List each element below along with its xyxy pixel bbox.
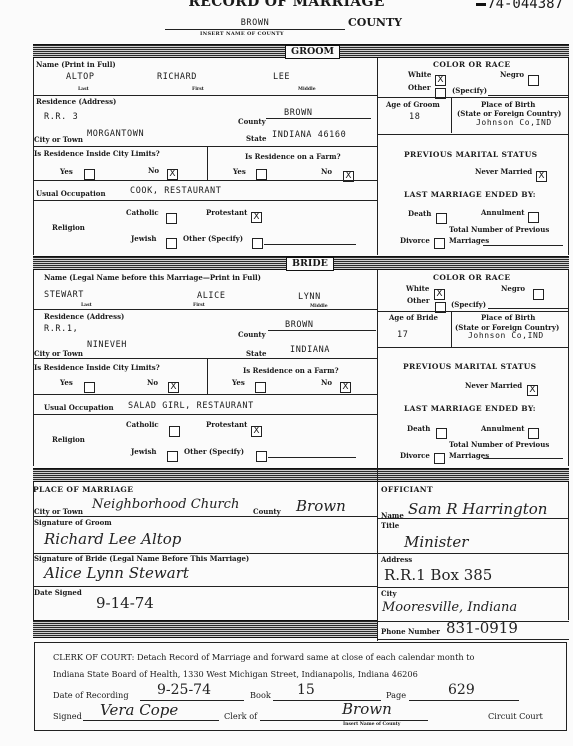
bottom-band	[33, 620, 377, 638]
bride-other-religion-line	[268, 457, 356, 458]
page-label: Page	[386, 690, 406, 700]
groom-farm-yes-label: Yes	[233, 167, 246, 176]
groom-death-checkbox[interactable]	[436, 213, 447, 224]
groom-farm-question: Is Residence on a Farm?	[245, 152, 341, 161]
book-label: Book	[250, 690, 271, 700]
dash-mark	[476, 3, 486, 6]
groom-signature: Richard Lee Altop	[44, 530, 181, 548]
groom-farm-no-label: No	[321, 167, 332, 176]
divider	[33, 309, 377, 310]
bride-farm-no-label: No	[321, 378, 332, 387]
groom-birth-place: Johnson Co,IND	[476, 118, 552, 127]
groom-occupation-label: Usual Occupation	[36, 189, 106, 198]
clerk-county-line	[260, 720, 428, 721]
groom-other-religion-checkbox[interactable]	[252, 238, 263, 249]
bride-other-religion-checkbox[interactable]	[256, 451, 267, 462]
bride-residence: R.R.1,	[44, 324, 78, 334]
officiant-phone: 831-0919	[446, 619, 518, 637]
bride-first-name: ALICE	[197, 291, 226, 301]
bride-city-label: City or Town	[34, 349, 83, 358]
bride-last-name: STEWART	[44, 290, 84, 300]
groom-county: BROWN	[266, 108, 371, 119]
header-county-label: COUNTY	[348, 16, 402, 29]
groom-city-limits-no-label: No	[148, 166, 159, 175]
recording-date-label: Date of Recording	[53, 690, 129, 700]
bride-death-checkbox[interactable]	[436, 428, 447, 439]
groom-catholic-checkbox[interactable]	[166, 213, 177, 224]
groom-birth-sublabel: (State or Foreign Country)	[457, 109, 561, 118]
page-line	[409, 700, 519, 701]
groom-never-married-label: Never Married	[475, 167, 532, 176]
bride-farm-no-checkbox[interactable]: X	[340, 382, 351, 393]
marriage-city-label: City or Town	[34, 507, 83, 516]
officiant-city-label: City	[381, 589, 397, 598]
bride-never-married-label: Never Married	[465, 381, 522, 390]
groom-signature-label: Signature of Groom	[34, 518, 112, 527]
bride-residence-label: Residence (Address)	[44, 312, 124, 321]
groom-other-religion-label: Other (Specify)	[183, 234, 243, 243]
bride-name-label: Name (Legal Name before this Marriage—Pr…	[44, 273, 261, 282]
bride-state-label: State	[246, 349, 267, 358]
bride-negro-label: Negro	[501, 284, 525, 293]
circuit-court-label: Circuit Court	[488, 711, 543, 721]
bride-divider	[377, 270, 378, 466]
header-county-field: BROWN	[165, 18, 345, 30]
officiant-address: R.R.1 Box 385	[384, 566, 492, 584]
bride-religion-label: Religion	[52, 435, 85, 444]
groom-prev-marriages-sublabel: Marriages	[449, 236, 489, 245]
divider	[377, 134, 569, 135]
bride-catholic-checkbox[interactable]	[169, 426, 180, 437]
bride-ended-header: LAST MARRIAGE ENDED BY:	[404, 404, 536, 413]
bride-farm-yes-checkbox[interactable]	[255, 382, 266, 393]
groom-marital-header: PREVIOUS MARITAL STATUS	[404, 150, 538, 159]
officiant-phone-label: Phone Number	[381, 627, 440, 636]
groom-death-label: Death	[408, 209, 431, 218]
groom-divorce-label: Divorce	[400, 236, 430, 245]
groom-annulment-label: Annulment	[481, 208, 525, 217]
bride-signature-label: Signature of Bride (Legal Name Before Th…	[34, 554, 249, 563]
divider	[377, 639, 569, 640]
bride-farm-question: Is Residence on a Farm?	[243, 366, 339, 375]
groom-prev-marriages-line	[483, 245, 563, 246]
divider	[207, 146, 208, 180]
bride-occupation-label: Usual Occupation	[44, 403, 114, 412]
place-section-band	[33, 468, 569, 482]
bride-protestant-label: Protestant	[206, 420, 247, 429]
place-of-marriage-header: PLACE OF MARRIAGE	[33, 485, 133, 494]
groom-city-label: City or Town	[34, 135, 83, 144]
groom-other-race-label: Other	[408, 83, 431, 92]
bride-annulment-checkbox[interactable]	[528, 428, 539, 439]
bride-race-header: COLOR OR RACE	[433, 273, 510, 282]
divider	[33, 414, 377, 415]
groom-age-label: Age of Groom	[386, 100, 440, 109]
groom-ended-header: LAST MARRIAGE ENDED BY:	[404, 190, 536, 199]
marriage-county: Brown	[296, 497, 346, 515]
bride-city-limits-no-label: No	[147, 378, 158, 387]
groom-first-label: First	[192, 87, 204, 92]
groom-annulment-checkbox[interactable]	[528, 212, 539, 223]
bride-marital-header: PREVIOUS MARITAL STATUS	[403, 362, 537, 371]
divider	[33, 200, 377, 201]
groom-name-label: Name (Print in Full)	[36, 60, 116, 69]
bride-signature: Alice Lynn Stewart	[44, 564, 189, 582]
officiant-city: Mooresville, Indiana	[382, 600, 517, 615]
bride-specify-label: (Specify)	[451, 300, 486, 309]
divider	[33, 95, 377, 96]
clerk-instruction-line-1: CLERK OF COURT: Detach Record of Marriag…	[53, 652, 474, 662]
groom-catholic-label: Catholic	[126, 208, 159, 217]
bride-other-race-label: Other	[407, 296, 430, 305]
bride-jewish-label: Jewish	[131, 447, 156, 456]
bride-white-label: White	[406, 284, 429, 293]
bride-jewish-checkbox[interactable]	[167, 451, 178, 462]
page-number: 629	[448, 682, 475, 698]
groom-section-band: GROOM	[33, 44, 569, 58]
groom-prev-marriages-label: Total Number of Previous	[449, 225, 549, 234]
groom-protestant-checkbox[interactable]: X	[251, 212, 262, 223]
book-number: 15	[297, 682, 315, 698]
officiant-address-label: Address	[381, 555, 412, 564]
date-signed-label: Date Signed	[34, 588, 82, 597]
groom-race-header: COLOR OR RACE	[433, 60, 510, 69]
bride-prev-marriages-line	[483, 458, 563, 459]
bride-catholic-label: Catholic	[126, 420, 159, 429]
divider	[377, 347, 569, 348]
groom-protestant-label: Protestant	[206, 208, 247, 217]
marriage-city: Neighborhood Church	[92, 497, 239, 512]
groom-negro-checkbox[interactable]	[528, 75, 539, 86]
divider	[33, 146, 377, 147]
groom-city: MORGANTOWN	[87, 129, 144, 139]
bride-middle-name: LYNN	[298, 292, 321, 302]
clerk-county: Brown	[342, 700, 392, 718]
bride-annulment-label: Annulment	[481, 424, 525, 433]
bride-occupation: SALAD GIRL, RESTAURANT	[128, 401, 254, 411]
groom-city-limits-yes-label: Yes	[60, 167, 73, 176]
header-county-sublabel: INSERT NAME OF COUNTY	[200, 31, 284, 37]
groom-jewish-checkbox[interactable]	[166, 238, 177, 249]
officiant-title: Minister	[404, 533, 468, 551]
bride-protestant-checkbox[interactable]: X	[251, 426, 262, 437]
officiant-title-label: Title	[381, 521, 399, 530]
bride-birth-place: Johnson Co,IND	[468, 331, 544, 340]
groom-last-name: ALTOP	[66, 72, 95, 82]
clerk-signature: Vera Cope	[100, 701, 178, 719]
signed-line	[83, 720, 219, 721]
groom-birth-label: Place of Birth	[481, 100, 535, 109]
groom-divider	[377, 58, 378, 255]
certificate-number: 74-044387	[476, 0, 563, 12]
divider	[33, 586, 377, 587]
bride-first-label: First	[193, 303, 205, 308]
groom-residence: R.R. 3	[44, 112, 78, 122]
divider	[377, 311, 569, 312]
groom-white-label: White	[408, 70, 431, 79]
bride-last-label: Last	[81, 303, 92, 308]
bride-divorce-checkbox[interactable]	[434, 453, 445, 464]
bride-city-limits-yes-label: Yes	[60, 378, 73, 387]
groom-city-limits-question: Is Residence Inside City Limits?	[34, 149, 160, 158]
groom-section-label: GROOM	[285, 45, 340, 59]
groom-county-label: County	[238, 117, 266, 126]
marriage-county-label: County	[253, 507, 281, 516]
divider	[207, 358, 208, 394]
date-signed: 9-14-74	[96, 594, 154, 612]
groom-age: 18	[409, 112, 420, 122]
divider	[451, 311, 452, 347]
bride-birth-label: Place of Birth	[481, 313, 535, 322]
groom-middle-label: Middle	[298, 87, 316, 92]
bride-divorce-label: Divorce	[400, 451, 430, 460]
groom-state: INDIANA 46160	[272, 130, 346, 140]
bride-death-label: Death	[407, 424, 430, 433]
bride-county-label: County	[238, 330, 266, 339]
groom-last-label: Last	[78, 87, 89, 92]
groom-first-name: RICHARD	[157, 72, 197, 82]
bride-never-married-checkbox[interactable]: X	[527, 385, 538, 396]
divider	[33, 394, 377, 395]
groom-specify-label: (Specify)	[452, 86, 487, 95]
bride-farm-yes-label: Yes	[232, 378, 245, 387]
divider	[377, 518, 569, 519]
bride-city-limits-question: Is Residence Inside City Limits?	[34, 363, 160, 372]
groom-city-limits-no-checkbox[interactable]: X	[167, 169, 178, 180]
bride-state: INDIANA	[290, 345, 330, 355]
bride-specify-line	[488, 308, 568, 309]
groom-middle-name: LEE	[273, 72, 290, 82]
bride-city-limits-no-checkbox[interactable]: X	[168, 382, 179, 393]
recording-date: 9-25-74	[157, 682, 211, 698]
bride-city: NINEVEH	[87, 340, 127, 350]
bride-age-label: Age of Bride	[389, 313, 438, 322]
groom-farm-yes-checkbox[interactable]	[256, 169, 267, 180]
groom-never-married-checkbox[interactable]: X	[536, 171, 547, 182]
groom-state-label: State	[246, 134, 267, 143]
signed-label: Signed	[53, 711, 82, 721]
groom-specify-line	[488, 95, 568, 96]
bride-county: BROWN	[268, 320, 376, 331]
bride-city-limits-yes-checkbox[interactable]	[84, 382, 95, 393]
clerk-of-label: Clerk of	[224, 711, 257, 721]
divider	[377, 587, 569, 588]
groom-negro-label: Negro	[500, 70, 524, 79]
bride-negro-checkbox[interactable]	[533, 289, 544, 300]
divider	[377, 553, 569, 554]
groom-other-religion-line	[264, 244, 356, 245]
clerk-county-sublabel: Insert Name of County	[343, 722, 400, 727]
groom-occupation: COOK, RESTAURANT	[130, 186, 221, 196]
officiant-header: OFFICIANT	[381, 485, 433, 494]
groom-divorce-checkbox[interactable]	[434, 238, 445, 249]
divider	[33, 516, 377, 517]
officiant-name: Sam R Harrington	[408, 500, 547, 518]
groom-jewish-label: Jewish	[131, 234, 156, 243]
divider	[33, 358, 377, 359]
divider	[451, 97, 452, 133]
groom-religion-label: Religion	[52, 223, 85, 232]
bride-age: 17	[397, 330, 408, 340]
bride-section-band: BRIDE	[33, 256, 569, 270]
bride-other-religion-label: Other (Specify)	[184, 447, 244, 456]
divider	[33, 180, 377, 181]
clerk-instruction-line-2: Indiana State Board of Health, 1330 West…	[53, 669, 418, 679]
groom-residence-label: Residence (Address)	[36, 97, 116, 106]
certificate-number-value: 74-044387	[487, 0, 563, 12]
divider	[377, 97, 569, 98]
bride-section-label: BRIDE	[286, 257, 334, 271]
bride-prev-marriages-label: Total Number of Previous	[449, 440, 549, 449]
groom-city-limits-yes-checkbox[interactable]	[84, 169, 95, 180]
